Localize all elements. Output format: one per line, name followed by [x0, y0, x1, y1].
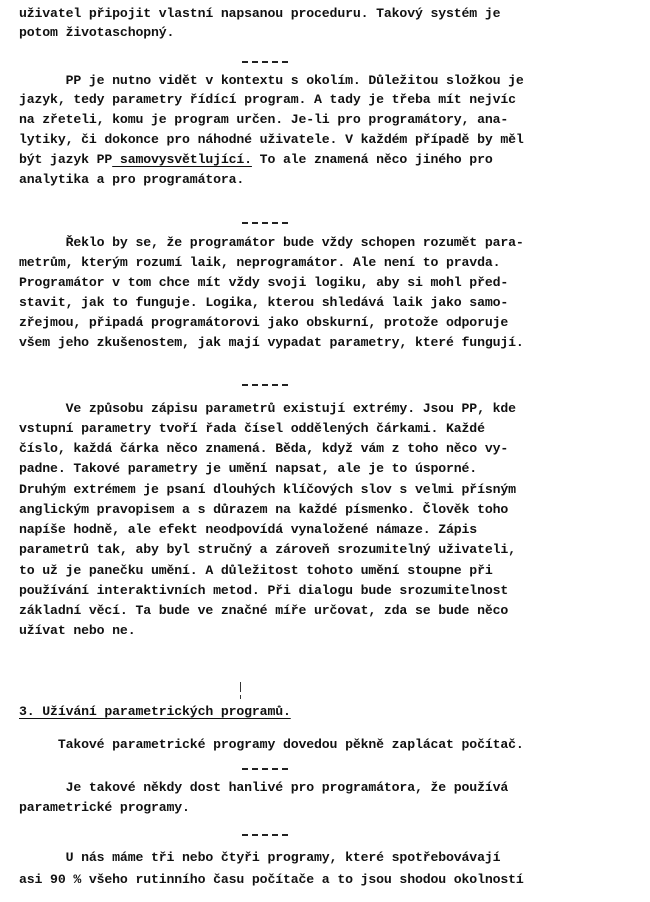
text-line: Je takové někdy dost hanlivé pro program… — [19, 778, 508, 797]
margin-mark — [240, 695, 241, 699]
text-line-underlined: být jazyk PP samovysvětlující. To ale zn… — [19, 150, 493, 169]
text-line: na zřeteli, komu je program určen. Je-li… — [19, 110, 508, 129]
text-line: parametrické programy. — [19, 798, 190, 817]
text-line: stavit, jak to funguje. Logika, kterou s… — [19, 293, 508, 312]
text-line: U nás máme tři nebo čtyři programy, kter… — [19, 848, 500, 867]
text-line: zřejmou, připadá programátorovi jako obs… — [19, 313, 508, 332]
text-line: potom životaschopný. — [19, 23, 174, 42]
text-line: lytiky, či dokonce pro náhodné uživatele… — [19, 130, 524, 149]
text-line: používání interaktivních metod. Při dial… — [19, 581, 508, 600]
separator-rule — [242, 384, 288, 386]
text-line: metrům, kterým rozumí laik, neprogramáto… — [19, 253, 500, 272]
text-line: všem jeho zkušenostem, jak mají vypadat … — [19, 333, 524, 352]
text-line: základní věcí. Ta bude ve značné míře ur… — [19, 601, 508, 620]
margin-mark — [240, 682, 241, 692]
text-line: analytika a pro programátora. — [19, 170, 244, 189]
text-line: Programátor v tom chce mít vždy svoji lo… — [19, 273, 508, 292]
section-heading: 3. Užívání parametrických programů. — [19, 702, 291, 721]
separator-rule — [242, 222, 288, 224]
text-line: uživatel připojit vlastní napsanou proce… — [19, 4, 500, 23]
separator-rule — [242, 834, 288, 836]
text-line: Řeklo by se, že programátor bude vždy sc… — [19, 233, 524, 252]
text-line: PP je nutno vidět v kontextu s okolím. D… — [19, 71, 524, 90]
text-line: užívat nebo ne. — [19, 621, 135, 640]
underlined-term: samovysvětlující. — [112, 152, 252, 167]
separator-rule — [242, 768, 288, 770]
text-line: napíše hodně, ale efekt neodpovídá vynal… — [19, 520, 477, 539]
text-line: to už je panečku umění. A důležitost toh… — [19, 561, 493, 580]
text-line: vstupní parametry tvoří řada čísel odděl… — [19, 419, 485, 438]
text-fragment: To ale znamená něco jiného pro — [252, 152, 493, 167]
text-fragment: být jazyk PP — [19, 152, 112, 167]
text-line: padne. Takové parametry je umění napsat,… — [19, 459, 477, 478]
text-line: Ve způsobu zápisu parametrů existují ext… — [19, 399, 516, 418]
text-line: číslo, každá čárka něco znamená. Běda, k… — [19, 439, 508, 458]
text-line: Takové parametrické programy dovedou pěk… — [19, 735, 524, 754]
text-line: Druhým extrémem je psaní dlouhých klíčov… — [19, 480, 516, 499]
separator-rule — [242, 61, 288, 63]
text-line: anglickým pravopisem a s důrazem na každ… — [19, 500, 508, 519]
text-line: asi 90 % všeho rutinního času počítače a… — [19, 870, 524, 889]
text-line: parametrů tak, aby byl stručný a zároveň… — [19, 540, 516, 559]
text-line: jazyk, tedy parametry řídící program. A … — [19, 90, 516, 109]
